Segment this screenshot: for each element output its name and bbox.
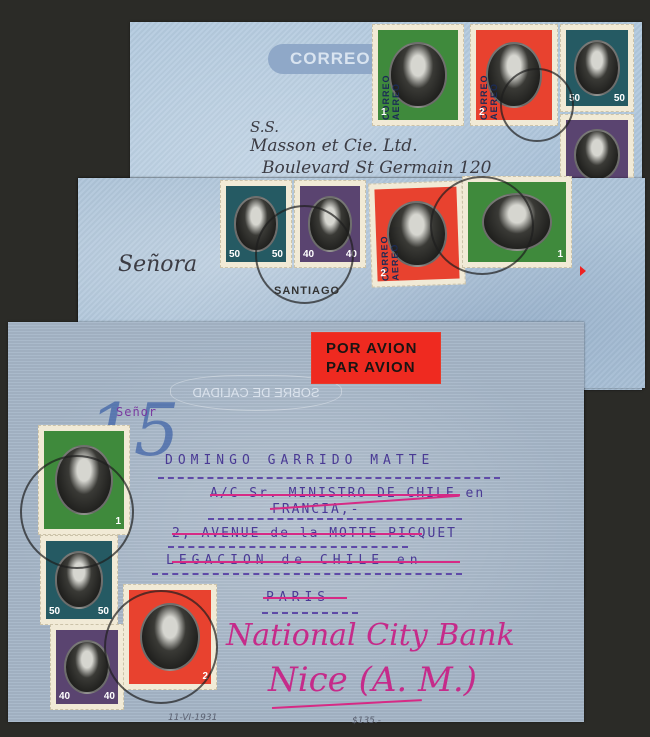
handwritten-redirect: National City Bank: [226, 618, 515, 653]
postmark-text: SANTIAGO: [274, 285, 340, 297]
airmail-label-line: PAR AVION: [326, 358, 440, 377]
portrait: [574, 40, 620, 96]
stamp-value: 40: [104, 691, 115, 702]
stamp-value: 2: [380, 268, 386, 279]
stamp-value: 2: [479, 107, 485, 118]
postmark-santiago: [104, 590, 218, 704]
stamp-value: 40: [59, 691, 70, 702]
address-line: Boulevard St Germain 120: [262, 158, 491, 178]
pencil-note: 11-VI-1931: [168, 713, 217, 723]
airmail-label: POR AVION PAR AVION: [312, 333, 440, 383]
dashed-rule: [158, 477, 500, 479]
typed-line: DOMINGO GARRIDO MATTE: [165, 453, 434, 468]
salutation: Señor: [116, 405, 157, 419]
airmail-label-line: POR AVION: [326, 339, 440, 358]
strikethrough: [172, 561, 460, 563]
stamp-green-1: CORREO AEREO 1: [372, 24, 464, 126]
postmark-front-upper: [20, 455, 134, 569]
strikethrough: [172, 533, 422, 535]
postmark-back: [500, 68, 574, 142]
stamp-value: 50: [98, 606, 109, 617]
pencil-note: $135.-: [352, 716, 381, 726]
stamp-value: 50: [614, 93, 625, 104]
correo-imprint: CORREO: [268, 44, 388, 74]
strikethrough: [263, 597, 347, 599]
stamp-value: 1: [381, 107, 387, 118]
postmark-middle: [430, 176, 534, 275]
address-line: S.S.: [250, 118, 279, 136]
strikethrough: [210, 494, 460, 496]
dashed-rule: [208, 518, 462, 520]
dashed-rule: [262, 612, 358, 614]
portrait: [574, 129, 620, 181]
dashed-rule: [152, 573, 462, 575]
address-line: Señora: [118, 252, 197, 277]
stamp-value: 1: [557, 249, 563, 260]
handwritten-redirect: Nice (A. M.): [268, 660, 477, 700]
stamp-value: 50: [229, 249, 240, 260]
address-line: Masson et Cie. Ltd.: [250, 136, 418, 156]
dashed-rule: [168, 546, 408, 548]
red-triangle-mark: [580, 266, 586, 276]
stamp-value: 50: [49, 606, 60, 617]
